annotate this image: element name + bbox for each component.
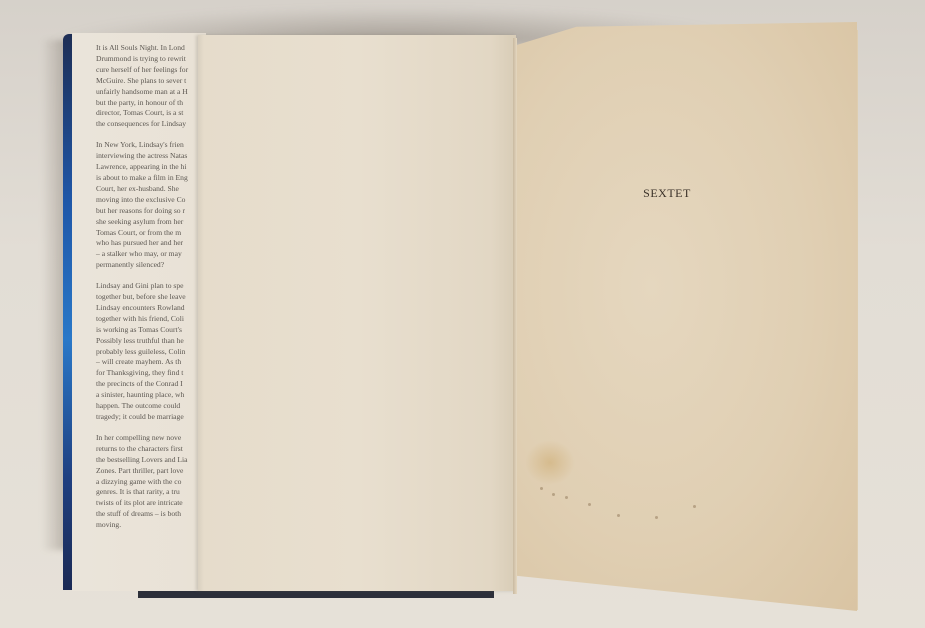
blurb-paragraph-4: In her compelling new nove returns to th… — [96, 433, 206, 531]
blurb-line: together with his friend, Coli — [96, 314, 184, 323]
foxing-spot — [617, 514, 620, 517]
foxing-spot — [588, 503, 591, 506]
blurb-paragraph-1: It is All Souls Night. In Lond Drummond … — [96, 43, 206, 130]
blurb-line: McGuire. She plans to sever t — [96, 76, 186, 85]
blurb-line: tragedy; it could be marriage — [96, 412, 184, 421]
page-stain — [525, 440, 575, 485]
blurb-line: the consequences for Lindsay — [96, 119, 186, 128]
blurb-line: In her compelling new nove — [96, 433, 181, 442]
blurb-line: Court, her ex-husband. She — [96, 184, 179, 193]
flap-blurb: It is All Souls Night. In Lond Drummond … — [96, 43, 206, 541]
title-page — [515, 22, 857, 611]
blurb-line: Zones. Part thriller, part love — [96, 466, 183, 475]
blurb-line: In New York, Lindsay's frien — [96, 140, 184, 149]
blurb-line: Tomas Court, or from the m — [96, 228, 181, 237]
foxing-spot — [655, 516, 658, 519]
blurb-line: It is All Souls Night. In Lond — [96, 43, 185, 52]
blurb-line: probably less guileless, Colin — [96, 347, 185, 356]
book-title: SEXTET — [515, 186, 819, 201]
blurb-line: but the party, in honour of th — [96, 98, 183, 107]
blurb-line: Possibly less truthful than he — [96, 336, 184, 345]
blurb-line: happen. The outcome could — [96, 401, 180, 410]
blurb-line: for Thanksgiving, they find t — [96, 368, 183, 377]
blurb-line: the precincts of the Conrad I — [96, 379, 183, 388]
blurb-line: is about to make a film in Eng — [96, 173, 188, 182]
blurb-line: unfairly handsome man at a H — [96, 87, 188, 96]
free-endpaper — [198, 35, 516, 591]
foxing-spot — [552, 493, 555, 496]
blurb-line: is working as Tomas Court's — [96, 325, 182, 334]
dust-jacket-flap: It is All Souls Night. In Lond Drummond … — [72, 33, 206, 591]
blurb-paragraph-2: In New York, Lindsay's frien interviewin… — [96, 140, 206, 271]
blurb-line: the stuff of dreams – is both — [96, 509, 181, 518]
blurb-line: but her reasons for doing so r — [96, 206, 185, 215]
blurb-line: together but, before she leave — [96, 292, 186, 301]
blurb-line: who has pursued her and her — [96, 238, 183, 247]
endpaper-tuck-shadow — [198, 35, 204, 591]
blurb-line: Lawrence, appearing in the hi — [96, 162, 186, 171]
blurb-paragraph-3: Lindsay and Gini plan to spe together bu… — [96, 281, 206, 423]
blurb-line: Drummond is trying to rewrit — [96, 54, 186, 63]
blurb-line: the bestselling Lovers and Lia — [96, 455, 188, 464]
blurb-line: she seeking asylum from her — [96, 217, 183, 226]
blurb-line: Lindsay and Gini plan to spe — [96, 281, 184, 290]
blurb-line: genres. It is that rarity, a tru — [96, 487, 180, 496]
blurb-line: director, Tomas Court, is a st — [96, 108, 183, 117]
blurb-line: moving into the exclusive Co — [96, 195, 185, 204]
blurb-line: cure herself of her feelings for — [96, 65, 188, 74]
foxing-spot — [565, 496, 568, 499]
blurb-line: – will create mayhem. As th — [96, 357, 181, 366]
blurb-line: interviewing the actress Natas — [96, 151, 187, 160]
foxing-spot — [693, 505, 696, 508]
blurb-line: – a stalker who may, or may — [96, 249, 182, 258]
blurb-line: a sinister, haunting place, wh — [96, 390, 184, 399]
blurb-line: moving. — [96, 520, 121, 529]
book-gutter — [513, 38, 517, 594]
blurb-line: Lindsay encounters Rowland — [96, 303, 185, 312]
blurb-line: permanently silenced? — [96, 260, 164, 269]
foxing-spot — [540, 487, 543, 490]
blurb-line: returns to the characters first — [96, 444, 183, 453]
blurb-line: twists of its plot are intricate — [96, 498, 183, 507]
blurb-line: a dizzying game with the co — [96, 477, 181, 486]
